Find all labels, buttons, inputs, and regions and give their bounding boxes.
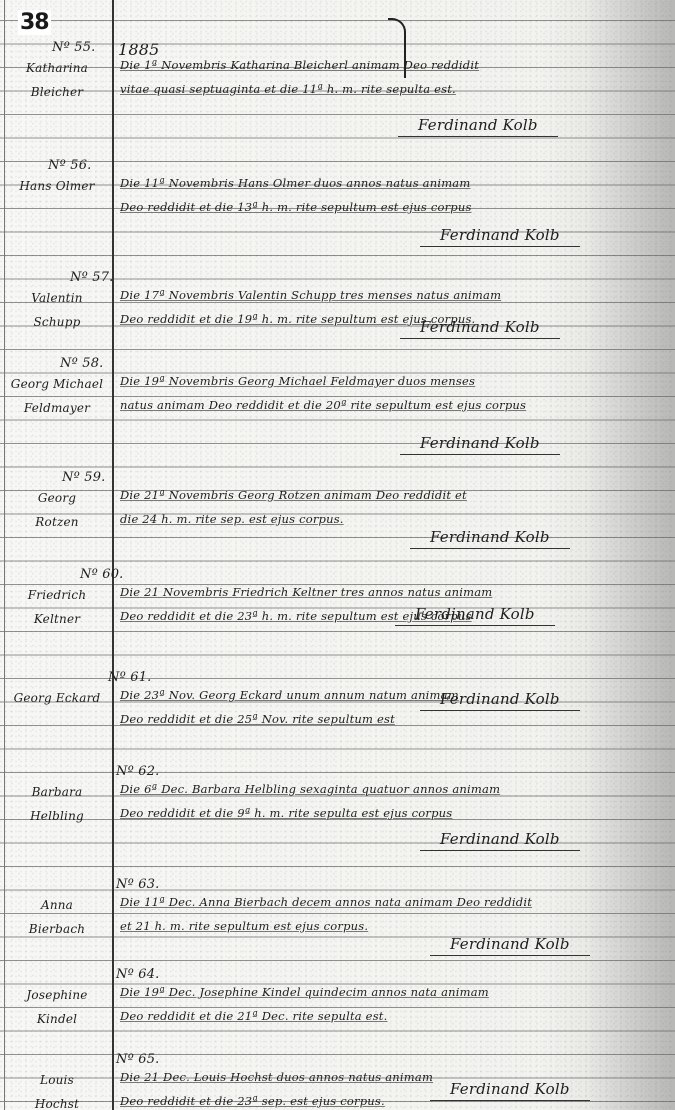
margin-rule: [112, 0, 114, 1110]
entry-text-line: Die 21 Dec. Louis Hochst duos annos natu…: [120, 1070, 433, 1084]
margin-name-part: Bierbach: [4, 917, 110, 941]
signature-underline: [420, 246, 580, 247]
signature-underline: [430, 955, 590, 956]
entry-text-line: Die 19ª Novembris Georg Michael Feldmaye…: [120, 374, 475, 388]
entry-number: Nº 60.: [80, 567, 124, 582]
entry-number: Nº 64.: [116, 967, 160, 982]
margin-name-part: Anna: [4, 893, 110, 917]
register-page: 38 1885 Nº 55.KatharinaBleicherDie 1ª No…: [0, 0, 675, 1110]
entry-text-line: vitae quasi septuaginta et die 11ª h. m.…: [120, 82, 456, 96]
margin-name-part: Georg Michael: [4, 372, 110, 396]
deceased-name-margin: FriedrichKeltner: [4, 583, 110, 631]
deceased-name-margin: Georg MichaelFeldmayer: [4, 372, 110, 420]
entry-number: Nº 62.: [116, 764, 160, 779]
entry-number: Nº 65.: [116, 1052, 160, 1067]
priest-signature: Ferdinand Kolb: [420, 318, 540, 336]
entry-number: Nº 58.: [60, 356, 104, 371]
priest-signature: Ferdinand Kolb: [440, 690, 560, 708]
margin-name-part: Louis: [4, 1068, 110, 1092]
entry-number: Nº 63.: [116, 877, 160, 892]
entry-text-line: et 21 h. m. rite sepultum est ejus corpu…: [120, 919, 368, 933]
paper-texture: [0, 0, 675, 1110]
margin-name-part: Bleicher: [4, 80, 110, 104]
margin-name-part: Hochst: [4, 1092, 110, 1110]
margin-name-part: Feldmayer: [4, 396, 110, 420]
margin-name-part: Keltner: [4, 607, 110, 631]
deceased-name-margin: JosephineKindel: [4, 983, 110, 1031]
margin-name-part: Valentin: [4, 286, 110, 310]
margin-name-part: Hans Olmer: [4, 174, 110, 198]
signature-underline: [400, 454, 560, 455]
entry-text-line: Die 19ª Dec. Josephine Kindel quindecim …: [120, 985, 489, 999]
deceased-name-margin: BarbaraHelbling: [4, 780, 110, 828]
entry-text-line: Die 1ª Novembris Katharina Bleicherl ani…: [120, 58, 479, 72]
entry-text-line: Die 23ª Nov. Georg Eckard unum annum nat…: [120, 688, 459, 702]
margin-name-part: Kindel: [4, 1007, 110, 1031]
priest-signature: Ferdinand Kolb: [415, 605, 535, 623]
margin-name-part: Josephine: [4, 983, 110, 1007]
signature-underline: [430, 1100, 590, 1101]
priest-signature: Ferdinand Kolb: [440, 830, 560, 848]
priest-signature: Ferdinand Kolb: [440, 226, 560, 244]
register-year: 1885: [118, 40, 160, 59]
deceased-name-margin: LouisHochst: [4, 1068, 110, 1110]
entry-text-line: Die 11ª Novembris Hans Olmer duos annos …: [120, 176, 470, 190]
entry-number: Nº 57.: [70, 270, 114, 285]
priest-signature: Ferdinand Kolb: [420, 434, 540, 452]
entry-text-line: Deo reddidit et die 23ª sep. est ejus co…: [120, 1094, 385, 1108]
deceased-name-margin: KatharinaBleicher: [4, 56, 110, 104]
deceased-name-margin: Georg Eckard: [4, 686, 110, 710]
margin-name-part: Rotzen: [4, 510, 110, 534]
entry-text-line: Deo reddidit et die 9ª h. m. rite sepult…: [120, 806, 452, 820]
page-number: 38: [18, 10, 51, 35]
deceased-name-margin: AnnaBierbach: [4, 893, 110, 941]
signature-underline: [398, 136, 558, 137]
deceased-name-margin: GeorgRotzen: [4, 486, 110, 534]
priest-signature: Ferdinand Kolb: [418, 116, 538, 134]
entry-text-line: Die 6ª Dec. Barbara Helbling sexaginta q…: [120, 782, 500, 796]
entry-text-line: Deo reddidit et die 25ª Nov. rite sepult…: [120, 712, 395, 726]
deceased-name-margin: ValentinSchupp: [4, 286, 110, 334]
outer-margin-rule: [4, 0, 5, 1110]
entry-text-line: natus animam Deo reddidit et die 20ª rit…: [120, 398, 526, 412]
priest-signature: Ferdinand Kolb: [430, 528, 550, 546]
margin-name-part: Katharina: [4, 56, 110, 80]
signature-underline: [420, 710, 580, 711]
entry-text-line: Deo reddidit et die 13ª h. m. rite sepul…: [120, 200, 472, 214]
page-edge-shadow: [585, 0, 675, 1110]
entry-text-line: Die 11ª Dec. Anna Bierbach decem annos n…: [120, 895, 532, 909]
margin-name-part: Helbling: [4, 804, 110, 828]
signature-underline: [410, 548, 570, 549]
margin-name-part: Friedrich: [4, 583, 110, 607]
entry-number: Nº 56.: [48, 158, 92, 173]
margin-name-part: Georg: [4, 486, 110, 510]
entry-text-line: Deo reddidit et die 21ª Dec. rite sepult…: [120, 1009, 387, 1023]
entry-text-line: Die 17ª Novembris Valentin Schupp tres m…: [120, 288, 501, 302]
entry-text-line: Die 21ª Novembris Georg Rotzen animam De…: [120, 488, 467, 502]
priest-signature: Ferdinand Kolb: [450, 1080, 570, 1098]
margin-name-part: Georg Eckard: [4, 686, 110, 710]
entry-number: Nº 55.: [52, 40, 96, 55]
margin-name-part: Schupp: [4, 310, 110, 334]
entry-number: Nº 59.: [62, 470, 106, 485]
entry-number: Nº 61.: [108, 670, 152, 685]
margin-name-part: Barbara: [4, 780, 110, 804]
entry-text-line: Die 21 Novembris Friedrich Keltner tres …: [120, 585, 492, 599]
signature-underline: [395, 625, 555, 626]
deceased-name-margin: Hans Olmer: [4, 174, 110, 198]
signature-underline: [420, 850, 580, 851]
signature-underline: [400, 338, 560, 339]
priest-signature: Ferdinand Kolb: [450, 935, 570, 953]
entry-text-line: die 24 h. m. rite sep. est ejus corpus.: [120, 512, 344, 526]
